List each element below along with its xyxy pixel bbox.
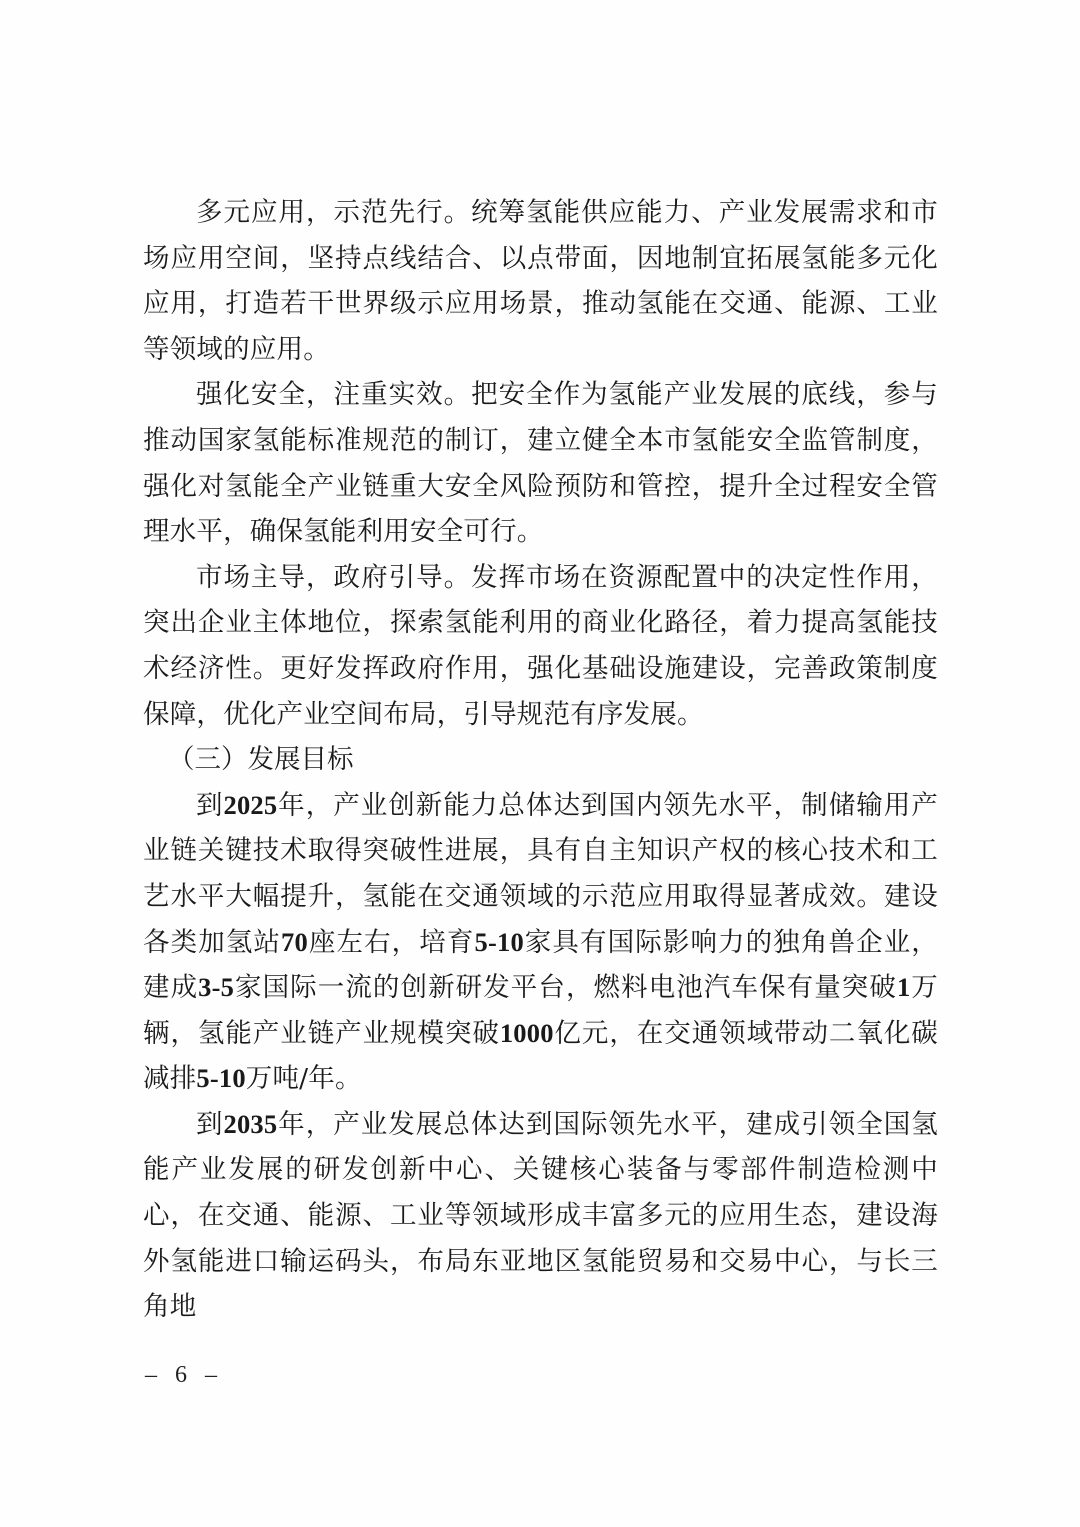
text-segment: 到	[196, 790, 224, 821]
paragraph-goal-2025: 到2025年，产业创新能力总体达到国内领先水平，制储输用产业链关键技术取得突破性…	[143, 783, 938, 1102]
unicorn-count: 5-10	[475, 927, 524, 957]
text-segment: 到	[196, 1109, 224, 1140]
text-segment: 座左右，培育	[308, 927, 475, 958]
paragraph-safety: 强化安全，注重实效。把安全作为氢能产业发展的底线，参与推动国家氢能标准规范的制订…	[143, 372, 938, 554]
page-number: – 6 –	[145, 1362, 223, 1389]
platform-count: 3-5	[198, 972, 234, 1002]
section-heading-development-goals: （三）发展目标	[143, 737, 938, 783]
text-segment: 年，产业发展总体达到国际领先水平，建成引领全国氢能产业发展的研发创新中心、关键核…	[143, 1109, 938, 1322]
year-2035: 2035	[224, 1109, 278, 1139]
paragraph-goal-2035: 到2035年，产业发展总体达到国际领先水平，建成引领全国氢能产业发展的研发创新中…	[143, 1102, 938, 1330]
text-segment: 万吨/年。	[246, 1063, 362, 1094]
document-page: 多元应用，示范先行。统筹氢能供应能力、产业发展需求和市场应用空间，坚持点线结合、…	[0, 0, 1080, 1527]
document-body: 多元应用，示范先行。统筹氢能供应能力、产业发展需求和市场应用空间，坚持点线结合、…	[143, 190, 938, 1330]
industry-scale: 1000	[500, 1018, 554, 1048]
paragraph-market-led: 市场主导，政府引导。发挥市场在资源配置中的决定性作用，突出企业主体地位，探索氢能…	[143, 555, 938, 737]
text-segment: 家国际一流的创新研发平台，燃料电池汽车保有量突破	[234, 972, 897, 1003]
year-2025: 2025	[224, 790, 278, 820]
hydrogen-stations-count: 70	[281, 927, 308, 957]
vehicle-count: 1	[897, 972, 910, 1002]
paragraph-multi-application: 多元应用，示范先行。统筹氢能供应能力、产业发展需求和市场应用空间，坚持点线结合、…	[143, 190, 938, 372]
co2-reduction: 5-10	[196, 1063, 245, 1093]
